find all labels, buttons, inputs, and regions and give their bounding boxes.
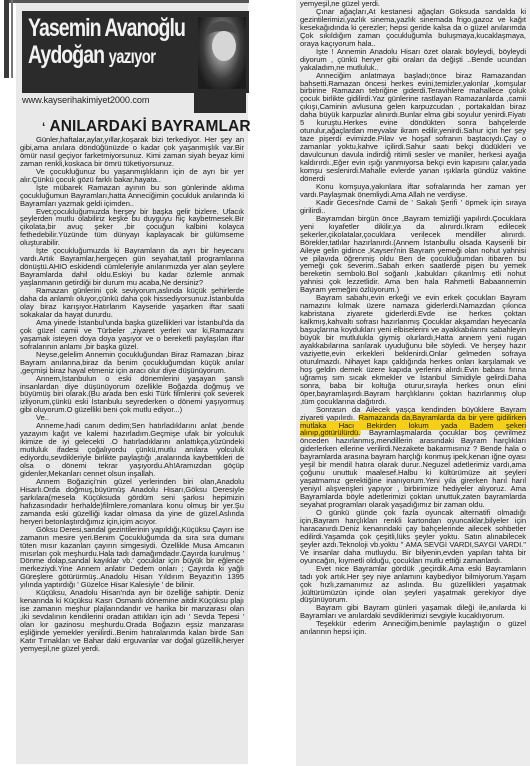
right-column: yemyeşil,ne güzel yerdi. Çınar ağaçları,… [296,0,530,766]
paragraph: Bayram gibi Bayram günleri yaşamak dileğ… [300,604,526,620]
left-border-rule [4,0,9,78]
left-article-body: Günler,haftalar,aylar,yıllar,koşarak biz… [20,136,244,653]
website-url[interactable]: www.kayserihakimiyet2000.com [22,97,244,105]
photo-face [212,31,236,61]
paragraph: Kadir Gecesi'nde Camii de ' Sakalı Şerif… [300,199,526,215]
paragraph: İşte mübarek Ramazan ayının bu son günle… [20,184,244,208]
paragraph: İşte çocukluğumuzda ki Bayramların da ay… [20,247,244,287]
byline-suffix: yazıyor [109,47,156,68]
article-title: ‘ANILARDAKİ BAYRAMLAR [42,119,244,135]
paragraph: Küçüksu, Anadolu Hisarı'nda ayrı bir öze… [20,589,244,653]
paragraph: Ve çocukluğunuz bu yaşanmışlıkların için… [20,168,244,184]
author-name-line2: Aydoğan yazıyor [28,42,185,71]
paragraph: Teşekkür ederim Anneciğim,benimle paylaş… [300,620,526,636]
left-column: Yasemin Avanoğlu Aydoğan yazıyor www.kay… [16,3,248,764]
column-header: Yasemin Avanoğlu Aydoğan yazıyor [22,11,249,93]
paragraph: Anneme,hadi canım dedim;Sen hatırladıkla… [20,422,244,478]
paragraph: Evet nice Bayramlar gördük ,geçirdik.Ama… [300,565,526,605]
article-title-text: ANILARDAKİ BAYRAMLAR [49,118,250,135]
paragraph: Ama yinede İstanbul'unda başka güzellikl… [20,319,244,351]
paragraph: Konu komşuya,yakınlara iftar sofralarınd… [300,183,526,199]
title-quote-mark: ‘ [42,120,45,134]
paragraph: Annem,İstanbulun o eski dönemlerini yaşa… [20,375,244,415]
paragraph: Evet;çocukluğumuzda herşey bir başka gel… [20,208,244,248]
author-byline: Yasemin Avanoğlu Aydoğan yazıyor [28,15,185,71]
paragraph: Çınar ağaçları,At kestanesi ağaçları Gök… [300,8,526,48]
paragraph-with-highlight: Sonrasın da Ailecek yaşça kendinden büyü… [300,406,526,509]
author-name-line1: Yasemin Avanoğlu [28,15,185,42]
paragraph: Göksu Deresi,sandal gezintilerinin yapıl… [20,526,244,590]
paragraph: Annem Boğaziçi'nin güzel yerlerinden bir… [20,478,244,526]
paragraph: Neyse,gelelim Annemin çocukluğundan Bira… [20,351,244,375]
left-border-rule-thin [11,0,13,78]
author-surname: Aydoğan [28,41,104,69]
paragraph: O günkü günde çok fazla oyuncak alternat… [300,509,526,565]
author-photo [198,17,246,89]
paragraph: Bayramdan birgün önce ,Bayram temizliği … [300,215,526,295]
text-after-highlight: Bayramlaşmalarda çocuklar boş çevrilmez … [300,428,526,509]
paragraph: Ramazan günlerini çok seviyorum,aslında … [20,287,244,319]
paragraph: Günler,haftalar,aylar,yıllar,koşarak biz… [20,136,244,168]
paragraph: Anneciğim anlatmaya başladı;önce biraz R… [300,72,526,183]
paragraph: İşte ! Annemin Anadolu Hisarı özet olara… [300,48,526,72]
paragraph: Bayram sabahı,evin erkeği ve evin erkek … [300,294,526,405]
